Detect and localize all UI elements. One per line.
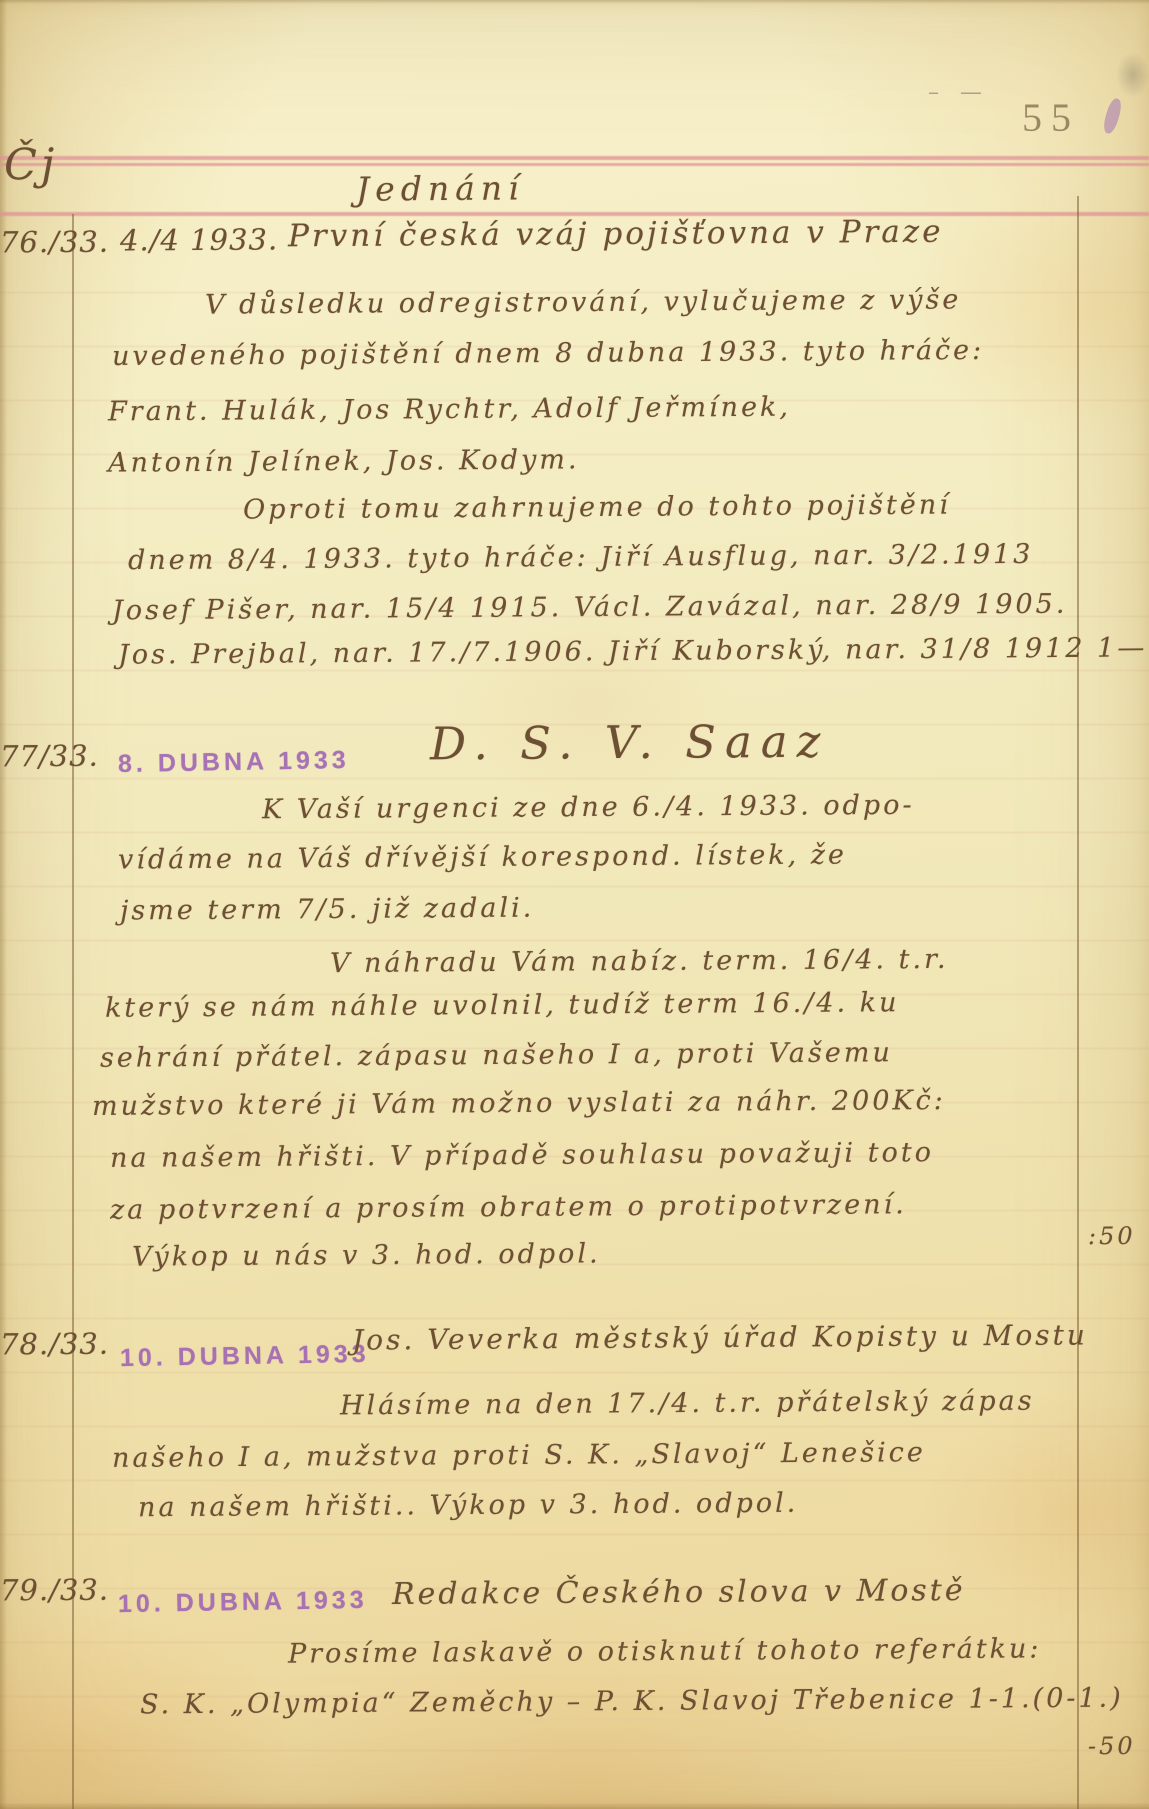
entry-77-line: K Vaší urgenci ze dne 6./4. 1933. odpo- <box>262 792 915 824</box>
entry-79-margin-note: -50 <box>1088 1734 1136 1758</box>
entry-78-title: Jos. Veverka městský úřad Kopisty u Most… <box>352 1321 1088 1354</box>
entry-79-date-stamp: 10. DUBNA 1933 <box>118 1586 368 1619</box>
column-header-jednani: Jednání <box>356 171 525 205</box>
entry-76-ref: 76./33. <box>0 228 109 258</box>
page-edge-top <box>0 0 1149 4</box>
entry-76-line: dnem 8/4. 1933. tyto hráče: Jiří Ausflug… <box>128 541 1034 574</box>
entry-76-title: První česká vzáj pojišťovna v Praze <box>288 217 944 253</box>
entry-77-line: za potvrzení a prosím obratem o protipot… <box>110 1191 907 1224</box>
entry-77-line: jsme term 7/5. již zadali. <box>120 895 534 925</box>
entry-77-line: na našem hřišti. V případě souhlasu pova… <box>110 1139 934 1172</box>
entry-78-line: na našem hřišti.. Výkop v 3. hod. odpol. <box>138 1490 798 1522</box>
entry-79-line: S. K. „Olympia“ Zeměchy – P. K. Slavoj T… <box>140 1685 1124 1719</box>
purple-corner-mark <box>1101 97 1123 135</box>
entry-77-line: vídáme na Váš dřívější korespond. lístek… <box>118 841 847 873</box>
entry-77-ref: 77/33. <box>0 742 99 772</box>
entry-76-date: 4./4 1933. <box>120 225 278 255</box>
right-margin-rule <box>1077 196 1079 1809</box>
entry-77-date-stamp: 8. DUBNA 1933 <box>118 746 350 779</box>
margin-dashes: – — <box>928 80 989 105</box>
page-edge-bottom <box>0 1803 1149 1809</box>
entry-78-line: Hlásíme na den 17./4. t.r. přátelský záp… <box>340 1388 1035 1420</box>
entry-77-line: V náhradu Vám nabíz. term. 16/4. t.r. <box>330 946 949 977</box>
entry-79-title: Redakce Českého slova v Mostě <box>392 1576 966 1610</box>
entry-77-line: Výkop u nás v 3. hod. odpol. <box>132 1240 601 1270</box>
entry-79-line: Prosíme laskavě o otisknutí tohoto refer… <box>288 1635 1042 1667</box>
page-edge-left <box>0 0 7 1809</box>
header-rule-top-2 <box>0 163 1149 166</box>
left-column-rule <box>72 214 74 1809</box>
column-header-cj: Čj <box>4 144 59 187</box>
entry-77-line: který se nám náhle uvolnil, tudíž term 1… <box>105 989 900 1022</box>
page-number: 55 <box>1022 94 1080 141</box>
entry-76-line: Oproti tomu zahrnujeme do tohto pojištěn… <box>243 492 951 524</box>
entry-77-margin-note: :50 <box>1088 1224 1136 1248</box>
entry-76-line: Antonín Jelínek, Jos. Kodym. <box>108 446 580 476</box>
entry-76-line: Josef Pišer, nar. 15/4 1915. Václ. Zaváz… <box>112 591 1068 625</box>
entry-78-date-stamp: 10. DUBNA 1933 <box>120 1340 370 1373</box>
entry-77-line: mužstvo které ji Vám možno vyslati za ná… <box>92 1087 946 1120</box>
header-rule-top-1 <box>0 156 1149 160</box>
entry-79-ref: 79./33. <box>0 1576 109 1606</box>
entry-76-line: Jos. Prejbal, nar. 17./7.1906. Jiří Kubo… <box>118 634 1147 668</box>
entry-76-line: uvedeného pojištění dnem 8 dubna 1933. t… <box>112 337 984 370</box>
entry-76-line: V důsledku odregistrování, vylučujeme z … <box>205 286 961 318</box>
entry-78-ref: 78./33. <box>0 1330 109 1360</box>
entry-77-title: D. S. V. Saaz <box>430 719 830 767</box>
ledger-page-scan: – — 55 Čj Jednání 76./33. 4./4 1933. Prv… <box>0 0 1149 1809</box>
entry-76-line: Frant. Hulák, Jos Rychtr, Adolf Jeřmínek… <box>108 394 791 426</box>
corner-smudge <box>1116 52 1149 98</box>
entry-77-line: sehrání přátel. zápasu našeho I a, proti… <box>100 1039 893 1072</box>
entry-78-line: našeho I a, mužstva proti S. K. „Slavoj“… <box>112 1439 926 1472</box>
